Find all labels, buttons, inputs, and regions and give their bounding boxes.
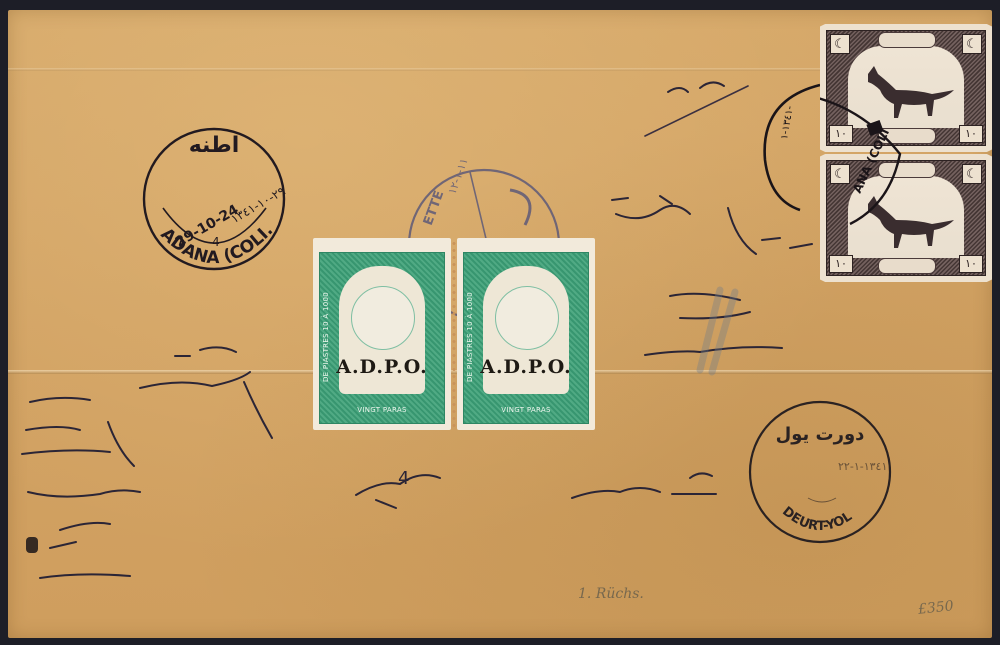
center-number: 4 [398, 468, 409, 489]
stamp-medallion [351, 286, 415, 350]
stamp-value-text: VINGT PARAS [319, 406, 445, 414]
adpo-overprint: A.D.P.O. [457, 356, 595, 378]
pencil-note: 1. Rüchs. [578, 586, 644, 602]
wolf-cancel: ANA (COLI [820, 24, 995, 280]
adpo-stamp: DE PIASTRES 10 À 1000 VINGT PARAS A.D.P.… [313, 238, 451, 430]
adpo-overprint: A.D.P.O. [313, 356, 451, 378]
stamp-medallion [495, 286, 559, 350]
wolf-stamp-pair: ☾ ☾ ١٠ ١٠ ☾ ☾ ١٠ ١٠ ANA (COLI [820, 24, 995, 280]
stamp-value-text: VINGT PARAS [463, 406, 589, 414]
adpo-stamp: DE PIASTRES 10 À 1000 VINGT PARAS A.D.P.… [457, 238, 595, 430]
wolf-cancel-place: ANA (COLI [850, 126, 892, 195]
adpo-stamp-pair: DE PIASTRES 10 À 1000 VINGT PARAS A.D.P.… [313, 238, 595, 430]
